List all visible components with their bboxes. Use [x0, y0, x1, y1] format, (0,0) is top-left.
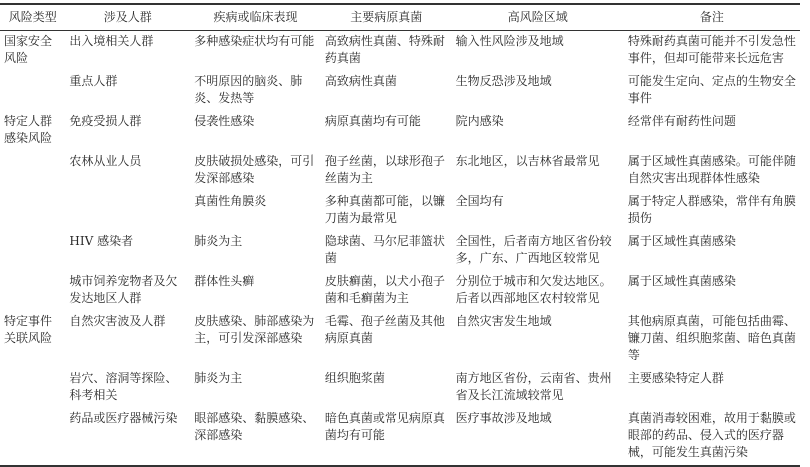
cell-note: 经常伴有耐药性问题 — [624, 111, 800, 151]
cell-disease: 群体性头癣 — [190, 271, 321, 311]
table-row: 特定人群感染风险 免疫受损人群 侵袭性感染 病原真菌均有可能 院内感染 经常伴有… — [0, 111, 800, 151]
cell-region: 生物反恐涉及地域 — [452, 71, 624, 111]
cell-population: 岩穴、溶洞等探险、科考相关 — [65, 368, 190, 408]
header-region: 高风险区域 — [452, 4, 624, 31]
cell-population: 免疫受损人群 — [65, 111, 190, 151]
cell-category — [0, 151, 65, 191]
cell-region: 东北地区，以吉林省最常见 — [452, 151, 624, 191]
cell-disease: 侵袭性感染 — [190, 111, 321, 151]
cell-disease: 眼部感染、黏膜感染、深部感染 — [190, 408, 321, 428]
cell-pathogen: 暗色真菌或常见病原真菌均有可能 — [321, 408, 452, 428]
cell-pathogen: 皮肤癣菌，以犬小孢子菌和毛癣菌为主 — [321, 271, 452, 311]
cell-pathogen: 病原真菌均有可能 — [321, 111, 452, 151]
header-risk-type: 风险类型 — [0, 4, 65, 31]
table-row: 真菌性角膜炎 多种真菌都可能，以镰刀菌为最常见 全国均有 属于特定人群感染，常伴… — [0, 191, 800, 231]
cell-note: 属于特定人群感染，常伴有角膜损伤 — [624, 191, 800, 231]
cell-region: 南方地区省份，云南省、贵州省及长江流域较常见 — [452, 368, 624, 408]
cell-category — [0, 191, 65, 231]
header-pathogen: 主要病原真菌 — [321, 4, 452, 31]
cell-note: 特殊耐药真菌可能并不引发急性事件，但却可能带来长远危害 — [624, 31, 800, 72]
header-population: 涉及人群 — [65, 4, 190, 31]
cell-population: 出入境相关人群 — [65, 31, 190, 72]
table-row: 农林从业人员 皮肤破损处感染，可引发深部感染 孢子丝菌，以球形孢子丝菌为主 东北… — [0, 151, 800, 191]
cell-pathogen: 高致病性真菌、特殊耐药真菌 — [321, 31, 452, 72]
cell-population: HIV 感染者 — [65, 231, 190, 271]
cell-disease: 多种感染症状均有可能 — [190, 31, 321, 72]
cell-category — [0, 71, 65, 111]
table-row: 特定事件关联风险 自然灾害波及人群 皮肤感染、肺部感染为主，可引发深部感染 毛霉… — [0, 311, 800, 368]
cell-category — [0, 368, 65, 408]
cell-pathogen: 多种真菌都可能，以镰刀菌为最常见 — [321, 191, 452, 231]
cell-note: 主要感染特定人群 — [624, 368, 800, 408]
cell-category: 特定事件关联风险 — [0, 311, 65, 368]
table-row: 国家安全风险 出入境相关人群 多种感染症状均有可能 高致病性真菌、特殊耐药真菌 … — [0, 31, 800, 72]
cell-region: 全国均有 — [452, 191, 624, 231]
table-header-row: 风险类型 涉及人群 疾病或临床表现 主要病原真菌 高风险区域 备注 — [0, 4, 800, 31]
cell-category — [0, 408, 65, 428]
cell-note: 真菌消毒较困难，故用于黏膜或眼部的药品、侵入式的医疗器械，可能发生真菌污染 — [624, 408, 800, 428]
cell-note: 其他病原真菌，可能包括曲霉、镰刀菌、组织胞浆菌、暗色真菌等 — [624, 311, 800, 368]
cell-pathogen: 孢子丝菌，以球形孢子丝菌为主 — [321, 151, 452, 191]
cell-note: 可能发生定向、定点的生物安全事件 — [624, 71, 800, 111]
cell-disease: 肺炎为主 — [190, 368, 321, 408]
cell-disease: 不明原因的脑炎、肺炎、发热等 — [190, 71, 321, 111]
cell-category: 特定人群感染风险 — [0, 111, 65, 151]
cell-region: 自然灾害发生地域 — [452, 311, 624, 368]
cell-pathogen: 组织胞浆菌 — [321, 368, 452, 408]
cell-population: 自然灾害波及人群 — [65, 311, 190, 368]
table-row: HIV 感染者 肺炎为主 隐球菌、马尔尼菲篮状菌 全国性，后者南方地区省份较多，… — [0, 231, 800, 271]
cell-population: 城市饲养宠物者及欠发达地区人群 — [65, 271, 190, 311]
cell-region: 医疗事故涉及地域 — [452, 408, 624, 428]
cell-category: 国家安全风险 — [0, 31, 65, 72]
cell-note: 属于区域性真菌感染。可能伴随自然灾害出现群体性感染 — [624, 151, 800, 191]
cell-population: 农林从业人员 — [65, 151, 190, 191]
cell-note: 属于区域性真菌感染 — [624, 271, 800, 311]
cell-region: 院内感染 — [452, 111, 624, 151]
cell-note: 属于区域性真菌感染 — [624, 231, 800, 271]
cell-pathogen: 隐球菌、马尔尼菲篮状菌 — [321, 231, 452, 271]
cell-population: 重点人群 — [65, 71, 190, 111]
cell-region: 输入性风险涉及地域 — [452, 31, 624, 72]
cell-disease: 真菌性角膜炎 — [190, 191, 321, 231]
table-row: 药品或医疗器械污染 眼部感染、黏膜感染、深部感染 暗色真菌或常见病原真菌均有可能… — [0, 408, 800, 428]
cell-region: 全国性，后者南方地区省份较多，广东、广西地区较常见 — [452, 231, 624, 271]
table-row: 城市饲养宠物者及欠发达地区人群 群体性头癣 皮肤癣菌，以犬小孢子菌和毛癣菌为主 … — [0, 271, 800, 311]
header-note: 备注 — [624, 4, 800, 31]
cell-region: 分别位于城市和欠发达地区。后者以西部地区农村较常见 — [452, 271, 624, 311]
cell-pathogen: 毛霉、孢子丝菌及其他病原真菌 — [321, 311, 452, 368]
cell-disease: 皮肤感染、肺部感染为主，可引发深部感染 — [190, 311, 321, 368]
fungal-risk-table: 风险类型 涉及人群 疾病或临床表现 主要病原真菌 高风险区域 备注 国家安全风险… — [0, 3, 800, 428]
cell-disease: 肺炎为主 — [190, 231, 321, 271]
cell-population: 药品或医疗器械污染 — [65, 408, 190, 428]
table-row: 岩穴、溶洞等探险、科考相关 肺炎为主 组织胞浆菌 南方地区省份，云南省、贵州省及… — [0, 368, 800, 408]
table-row: 重点人群 不明原因的脑炎、肺炎、发热等 高致病性真菌 生物反恐涉及地域 可能发生… — [0, 71, 800, 111]
cell-pathogen: 高致病性真菌 — [321, 71, 452, 111]
cell-disease: 皮肤破损处感染，可引发深部感染 — [190, 151, 321, 191]
cell-population — [65, 191, 190, 231]
cell-category — [0, 231, 65, 271]
cell-category — [0, 271, 65, 311]
header-disease: 疾病或临床表现 — [190, 4, 321, 31]
